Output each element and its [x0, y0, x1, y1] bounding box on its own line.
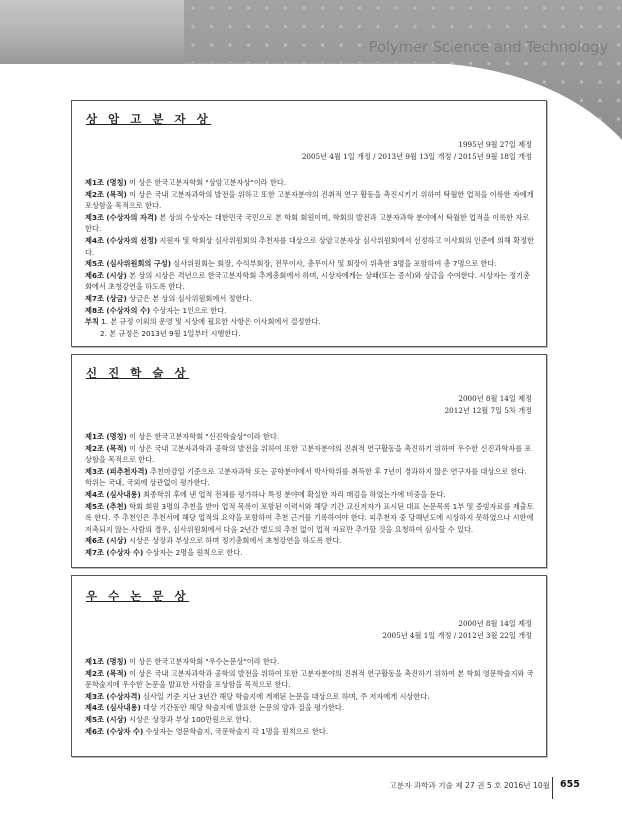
- award-section-sangam: 상 암 고 분 자 상 1995년 9월 27일 제정 2005년 4월 1일 …: [71, 100, 547, 347]
- article-label: 제2조 (목적): [85, 669, 127, 678]
- page-footer: 고분자 과학과 기술 제 27 권 5 호 2016년 10월 655: [380, 777, 622, 799]
- article-item: 제3조 (수상자격) 심사일 기준 지난 3년간 해당 학술지에 게재된 논문을…: [85, 691, 534, 703]
- article-item: 제3조 (수상자의 자격) 본 상의 수상자는 대한민국 국민으로 본 학회 회…: [85, 212, 534, 235]
- section-title: 신 진 학 술 상: [86, 365, 189, 381]
- article-label: 제3조 (피추천자격): [85, 467, 148, 476]
- history-line: 2005년 4월 1일 개정 / 2012년 3월 22일 개정: [382, 630, 532, 642]
- revision-history: 1995년 9월 27일 제정 2005년 4월 1일 개정 / 2013년 9…: [302, 139, 532, 163]
- article-text: 최종학위 후에 낸 업적 전체를 평가하나 특정 분야에 확실한 자리 매김을 …: [141, 490, 446, 499]
- article-item: 제1조 (명칭) 이 상은 한국고분자학회 "신진학술상"이라 한다.: [85, 431, 534, 443]
- article-list: 제1조 (명칭) 이 상은 한국고분자학회 "우수논문상"이라 한다. 제2조 …: [85, 656, 534, 737]
- article-label: 제7조 (수상자 수): [85, 548, 143, 557]
- article-label: 제7조 (상금): [85, 294, 127, 303]
- article-text: 수상자는 1인으로 한다.: [150, 306, 226, 315]
- article-text: 심사일 기준 지난 3년간 해당 학술지에 게재된 논문을 대상으로 하며, 주…: [141, 692, 430, 701]
- article-text: 추천마감일 기준으로 고분자과학 또는 공학분야에서 박사학위를 취득한 후 7…: [85, 467, 527, 488]
- article-item: 제5조 (심사위원회의 구성) 심사위원회는 회장, 수석부회장, 전무이사, …: [85, 258, 534, 270]
- article-label: 제4조 (심사내용): [85, 490, 141, 499]
- article-text: 이 상은 한국고분자학회 "우수논문상"이라 한다.: [127, 657, 279, 666]
- footer-divider: [552, 777, 553, 799]
- article-item: 제6조 (시상) 시상은 상장과 부상으로 하며 정기총회에서 초청강연을 하도…: [85, 535, 534, 547]
- section-title: 우 수 논 문 상: [86, 588, 189, 604]
- history-line: 2005년 4월 1일 개정 / 2013년 9월 13일 개정 / 2015년…: [302, 151, 532, 163]
- award-section-best-paper: 우 수 논 문 상 2000년 8월 14일 제정 2005년 4월 1일 개정…: [71, 575, 547, 757]
- history-line: 1995년 9월 27일 제정: [302, 139, 532, 151]
- article-list: 제1조 (명칭) 이 상은 한국고분자학회 "상암고분자상"이라 한다. 제2조…: [85, 177, 534, 339]
- article-label: 제2조 (목적): [85, 444, 127, 453]
- article-text: 시상은 상장과 부상으로 하며 정기총회에서 초청강연을 하도록 한다.: [127, 536, 342, 545]
- supplementary-item-line: 2. 본 규정은 2013년 9월 1일부터 시행한다.: [85, 328, 534, 340]
- section-title: 상 암 고 분 자 상: [86, 111, 211, 127]
- article-text: 학회 회원 3명의 추천을 받아 업적 목록이 포함된 이력서와 해당 기간 교…: [85, 502, 534, 534]
- article-text: 이 상은 국내 고분자과학과 공학의 발전을 위하여 또한 고분자분야의 진취적…: [85, 444, 531, 465]
- article-text: 심사위원회는 회장, 수석부회장, 전무이사, 총무이사 및 회장이 위촉한 3…: [171, 259, 497, 268]
- article-text: 이 상은 한국고분자학회 "상암고분자상"이라 한다.: [127, 178, 286, 187]
- history-line: 2000년 8월 14일 제정: [445, 393, 532, 405]
- article-label: 제2조 (목적): [85, 190, 127, 199]
- article-label: 제5조 (시상): [85, 715, 127, 724]
- journal-title: Polymer Science and Technology: [369, 38, 608, 56]
- article-label: 제1조 (명칭): [85, 657, 127, 666]
- article-label: 제3조 (수상자의 자격): [85, 213, 157, 222]
- article-item: 제2조 (목적) 이 상은 국내 고분자과학과 공학의 발전을 위하여 또한 고…: [85, 443, 534, 466]
- article-item: 제5조 (시상) 시상은 상장과 부상 100만원으로 한다.: [85, 714, 534, 726]
- article-item: 제7조 (수상자 수) 수상자는 2명을 원칙으로 한다.: [85, 547, 534, 559]
- history-line: 2000년 8월 14일 제정: [382, 618, 532, 630]
- article-item: 제2조 (목적) 이 상은 국내 고분자과학의 발전을 위하고 또한 고분자분야…: [85, 189, 534, 212]
- article-text: 수상자는 2명을 원칙으로 한다.: [143, 548, 242, 557]
- supplementary-item: 1. 본 규정 이외의 운영 및 시상에 필요한 사항은 이사회에서 결정한다.: [101, 317, 320, 326]
- article-item: 제4조 (심사내용) 최종학위 후에 낸 업적 전체를 평가하나 특정 분야에 …: [85, 489, 534, 501]
- article-label: 제8조 (수상자의 수): [85, 306, 150, 315]
- article-text: 이 상은 한국고분자학회 "신진학술상"이라 한다.: [127, 432, 279, 441]
- article-text: 이 상은 국내 고분자과학의 발전을 위하고 또한 고분자분야의 진취적 연구 …: [85, 190, 534, 211]
- article-text: 본 상의 시상은 격년으로 한국고분자학회 추계총회에서 하며, 시상자에게는 …: [85, 271, 530, 292]
- supplementary-provisions: 부칙 1. 본 규정 이외의 운영 및 시상에 필요한 사항은 이사회에서 결정…: [85, 316, 534, 328]
- article-label: 제6조 (시상): [85, 271, 127, 280]
- article-label: 제4조 (수상자의 선정): [85, 236, 157, 245]
- article-item: 제7조 (상금) 상금은 본 상의 심사위원회에서 정한다.: [85, 293, 534, 305]
- history-line: 2012년 12월 7일 5차 개정: [445, 405, 532, 417]
- page-number: 655: [560, 779, 580, 790]
- article-item: 제1조 (명칭) 이 상은 한국고분자학회 "상암고분자상"이라 한다.: [85, 177, 534, 189]
- revision-history: 2000년 8월 14일 제정 2012년 12월 7일 5차 개정: [445, 393, 532, 417]
- article-item: 제6조 (수상자 수) 수상자는 영문학술지, 국문학술지 각 1명을 원칙으로…: [85, 726, 534, 738]
- article-item: 제2조 (목적) 이 상은 국내 고분자과학과 공학의 발전을 위하여 또한 고…: [85, 668, 534, 691]
- supplementary-label: 부칙: [85, 317, 99, 326]
- article-text: 이 상은 국내 고분자과학과 공학의 발전을 위하여 또한 고분자분야의 진취적…: [85, 669, 534, 690]
- article-list: 제1조 (명칭) 이 상은 한국고분자학회 "신진학술상"이라 한다. 제2조 …: [85, 431, 534, 559]
- article-text: 상금은 본 상의 심사위원회에서 정한다.: [127, 294, 252, 303]
- article-text: 시상은 상장과 부상 100만원으로 한다.: [127, 715, 252, 724]
- article-item: 제1조 (명칭) 이 상은 한국고분자학회 "우수논문상"이라 한다.: [85, 656, 534, 668]
- article-label: 제3조 (수상자격): [85, 692, 141, 701]
- award-section-young-scientist: 신 진 학 술 상 2000년 8월 14일 제정 2012년 12월 7일 5…: [71, 354, 547, 568]
- revision-history: 2000년 8월 14일 제정 2005년 4월 1일 개정 / 2012년 3…: [382, 618, 532, 642]
- article-label: 제5조 (추천): [85, 502, 127, 511]
- supplementary-item: 2. 본 규정은 2013년 9월 1일부터 시행한다.: [100, 329, 241, 338]
- article-item: 제8조 (수상자의 수) 수상자는 1인으로 한다.: [85, 305, 534, 317]
- article-item: 제4조 (심사내용) 대상 기간동안 해당 학술지에 발표한 논문의 양과 질을…: [85, 702, 534, 714]
- article-item: 제4조 (수상자의 선정) 지원자 및 학회상 심사위원회의 추천자를 대상으로…: [85, 235, 534, 258]
- article-label: 제5조 (심사위원회의 구성): [85, 259, 171, 268]
- article-text: 대상 기간동안 해당 학술지에 발표한 논문의 양과 질을 평가한다.: [141, 703, 344, 712]
- article-label: 제6조 (수상자 수): [85, 727, 143, 736]
- article-label: 제4조 (심사내용): [85, 703, 141, 712]
- article-label: 제1조 (명칭): [85, 432, 127, 441]
- journal-issue-info: 고분자 과학과 기술 제 27 권 5 호 2016년 10월: [389, 780, 550, 791]
- article-label: 제6조 (시상): [85, 536, 127, 545]
- article-item: 제3조 (피추천자격) 추천마감일 기준으로 고분자과학 또는 공학분야에서 박…: [85, 466, 534, 489]
- article-text: 수상자는 영문학술지, 국문학술지 각 1명을 원칙으로 한다.: [143, 727, 328, 736]
- article-item: 제6조 (시상) 본 상의 시상은 격년으로 한국고분자학회 추계총회에서 하며…: [85, 270, 534, 293]
- article-item: 제5조 (추천) 학회 회원 3명의 추천을 받아 업적 목록이 포함된 이력서…: [85, 501, 534, 536]
- article-label: 제1조 (명칭): [85, 178, 127, 187]
